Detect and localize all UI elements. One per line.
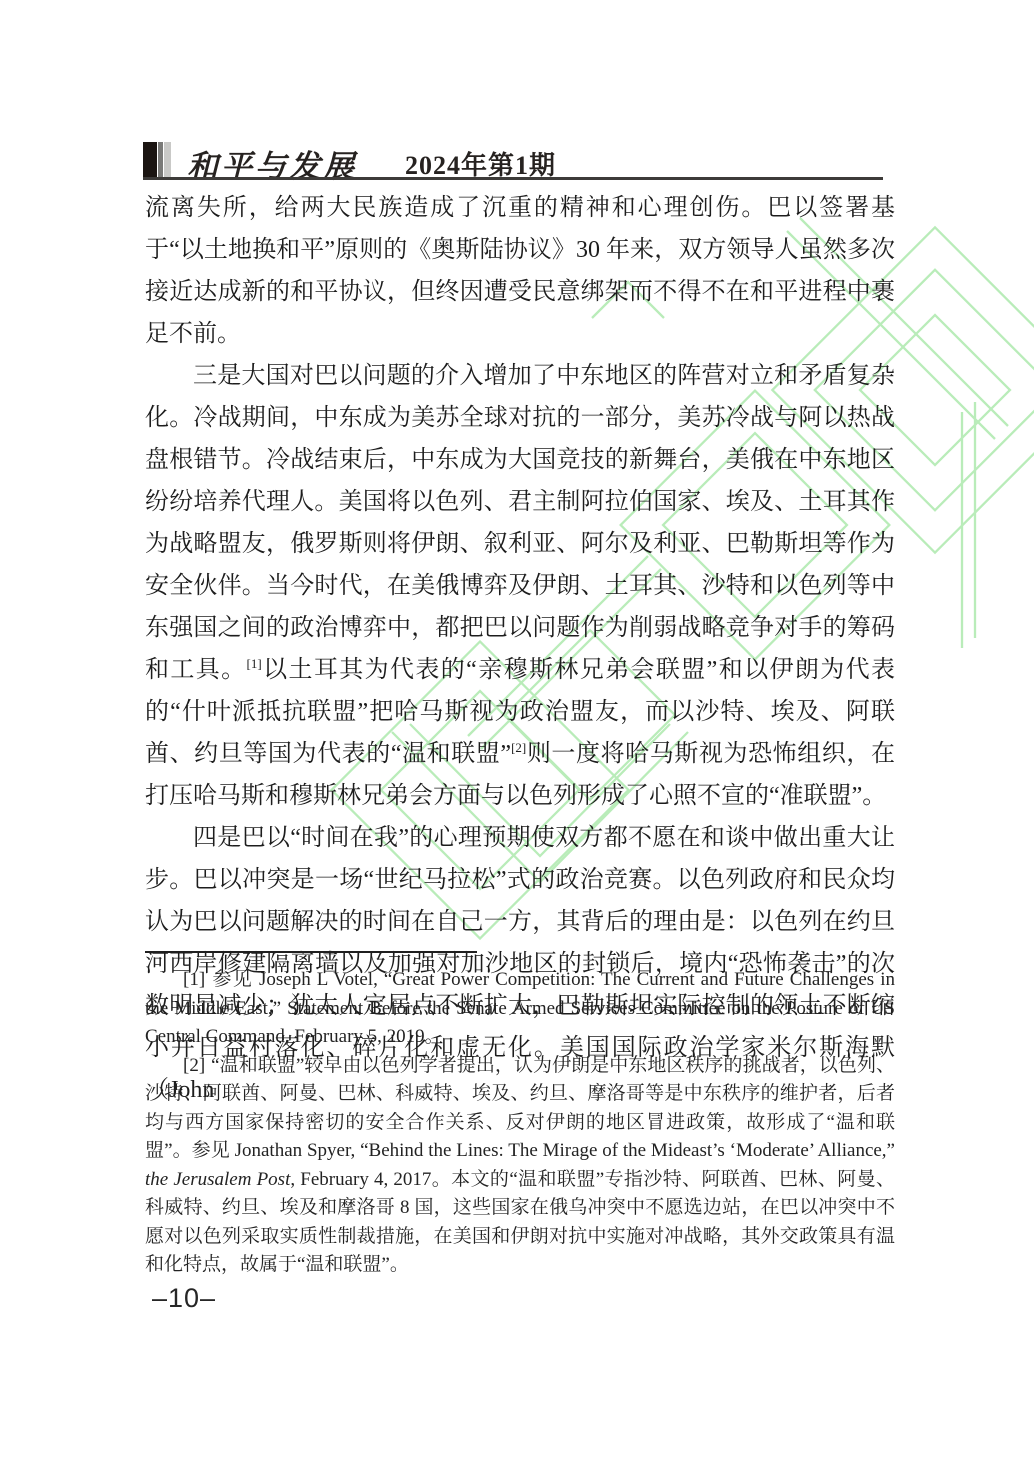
paragraph-1: 流离失所，给两大民族造成了沉重的精神和心理创伤。巴以签署基于“以土地换和平”原则…: [145, 187, 895, 355]
header-gray-bar: [158, 142, 163, 178]
footnote-ref-1: [1]: [247, 656, 262, 671]
footnote-text: 参见: [211, 969, 259, 990]
header-lightgray-bar: [164, 142, 171, 178]
footnote-text: Jonathan Spyer, “Behind the Lines: The M…: [235, 1140, 895, 1161]
footnotes-section: [1]参见 Joseph L Votel, “Great Power Compe…: [145, 966, 895, 1280]
body-text: 三是大国对巴以问题的介入增加了中东地区的阵营对立和矛盾复杂化。冷战期间，中东成为…: [145, 363, 895, 683]
header-black-bar: [143, 142, 157, 178]
footnote-text-italic: the Jerusalem Post: [145, 1169, 290, 1190]
footnote-text: , February 4, 2017。: [290, 1169, 451, 1190]
page-header: 和平与发展 2024年第1期: [145, 141, 890, 181]
header-rule: [143, 177, 883, 180]
footnote-label: [1]: [183, 969, 211, 990]
footnote-2: [2]“温和联盟”较早由以色列学者提出，认为伊朗是中东地区秩序的挑战者，以色列、…: [145, 1052, 895, 1280]
footnote-1: [1]参见 Joseph L Votel, “Great Power Compe…: [145, 966, 895, 1052]
footnote-label: [2]: [183, 1055, 211, 1076]
header-decoration-bars: [143, 142, 171, 178]
document-page: 和平与发展 2024年第1期 流离失所，给两大民族造成了沉重的精神和心理创伤。巴…: [0, 0, 1034, 1477]
footnote-separator: [145, 951, 477, 953]
body-text: 流离失所，给两大民族造成了沉重的精神和心理创伤。巴以签署基于“以土地换和平”原则…: [145, 195, 895, 347]
paragraph-2: 三是大国对巴以问题的介入增加了中东地区的阵营对立和矛盾复杂化。冷战期间，中东成为…: [145, 355, 895, 817]
page-number: –10–: [152, 1283, 216, 1314]
footnote-ref-2: [2]: [511, 740, 526, 755]
